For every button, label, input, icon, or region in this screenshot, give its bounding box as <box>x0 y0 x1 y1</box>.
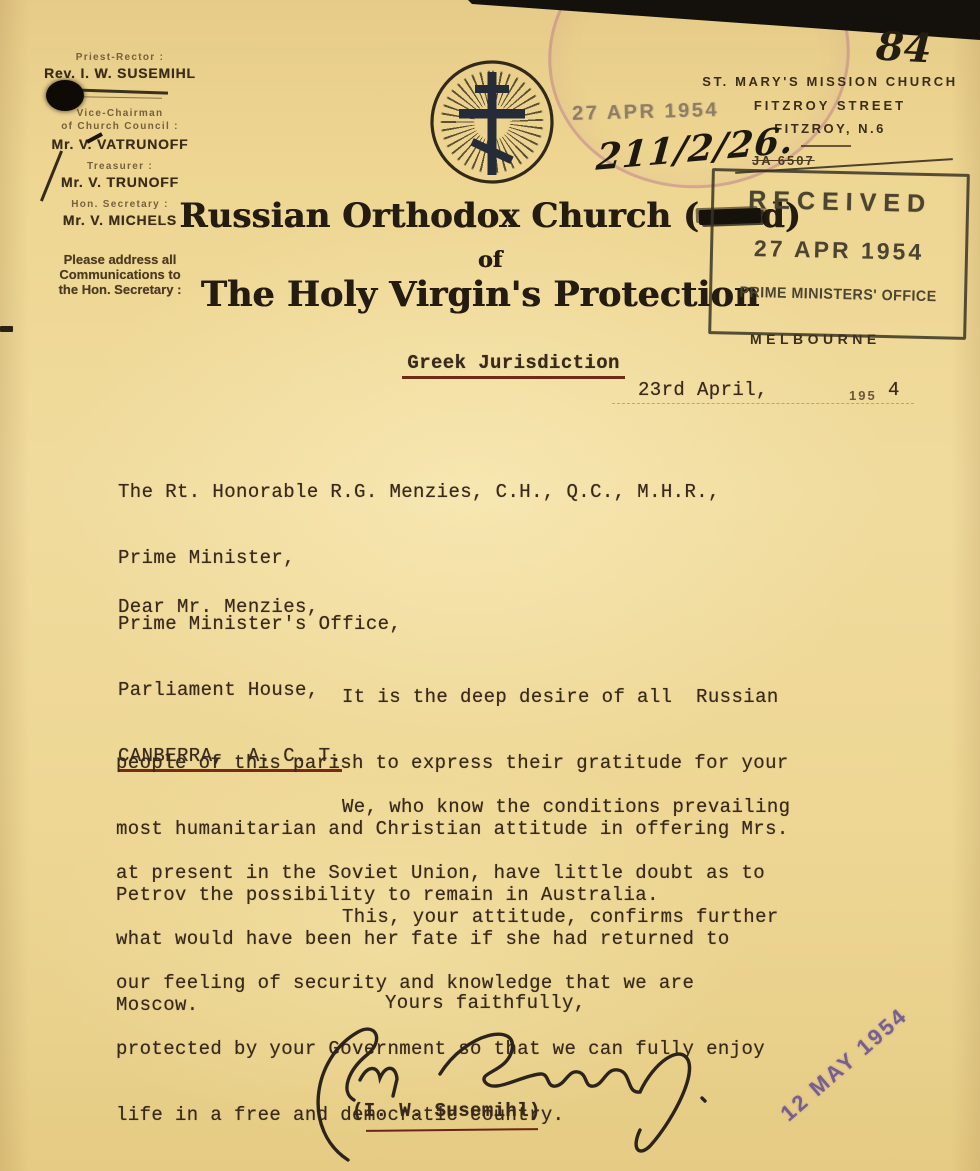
title-text: Russian Orthodox Church ( <box>179 196 699 236</box>
received-date: 27 APR 1954 <box>713 234 966 267</box>
church-name: ST. MARY'S MISSION CHURCH <box>692 74 968 89</box>
punch-hole <box>46 80 84 111</box>
church-street: FITZROY STREET <box>692 98 968 113</box>
letterhead-city: MELBOURNE <box>750 331 881 347</box>
role-title: Priest-Rector : <box>14 52 226 63</box>
orthodox-cross-emblem <box>428 58 556 186</box>
handwritten-page-number: 84 <box>875 23 933 73</box>
jurisdiction-text: Greek Jurisdiction <box>402 352 624 379</box>
handwritten-signature <box>288 1002 728 1170</box>
salutation: Dear Mr. Menzies, <box>118 596 319 618</box>
received-office: PRIME MINISTERS' OFFICE <box>718 283 958 305</box>
letter-date: 23rd April, <box>638 379 768 401</box>
recipient-line: Prime Minister, <box>118 547 720 569</box>
body-line: We, who know the conditions prevailing <box>116 796 790 818</box>
diagonal-date-stamp: 12 MAY 1954 <box>775 1002 913 1126</box>
recipient-line: The Rt. Honorable R.G. Menzies, C.H., Q.… <box>118 481 720 503</box>
faint-date-stamp: 27 APR 1954 <box>572 99 719 126</box>
role-title: Vice-Chairman <box>14 108 226 119</box>
body-line: This, your attitude, confirms further <box>116 906 779 928</box>
role-title: Treasurer : <box>14 161 226 172</box>
body-line: It is the deep desire of all Russian <box>116 686 789 708</box>
received-label: RECEIVED <box>714 185 967 220</box>
role-name: Rev. I. W. SUSEMIHL <box>14 65 226 81</box>
received-stamp: RECEIVED 27 APR 1954 PRIME MINISTERS' OF… <box>708 168 970 340</box>
letter-scan: 84 Priest-Rector : Rev. I. W. SUSEMIHL V… <box>0 0 980 1171</box>
orthodox-cross-icon <box>428 58 556 186</box>
date-rule <box>612 403 914 404</box>
typed-year-digit: 4 <box>888 379 900 401</box>
role-title: of Church Council : <box>14 121 226 132</box>
typed-signatory-name: (I. W. Susemihl) <box>352 1100 541 1122</box>
letterhead-rule <box>801 145 851 147</box>
role-name: Mr. V. VATRUNOFF <box>14 136 226 152</box>
printed-year-prefix: 195 <box>849 388 877 403</box>
body-line: our feeling of security and knowledge th… <box>116 972 779 994</box>
